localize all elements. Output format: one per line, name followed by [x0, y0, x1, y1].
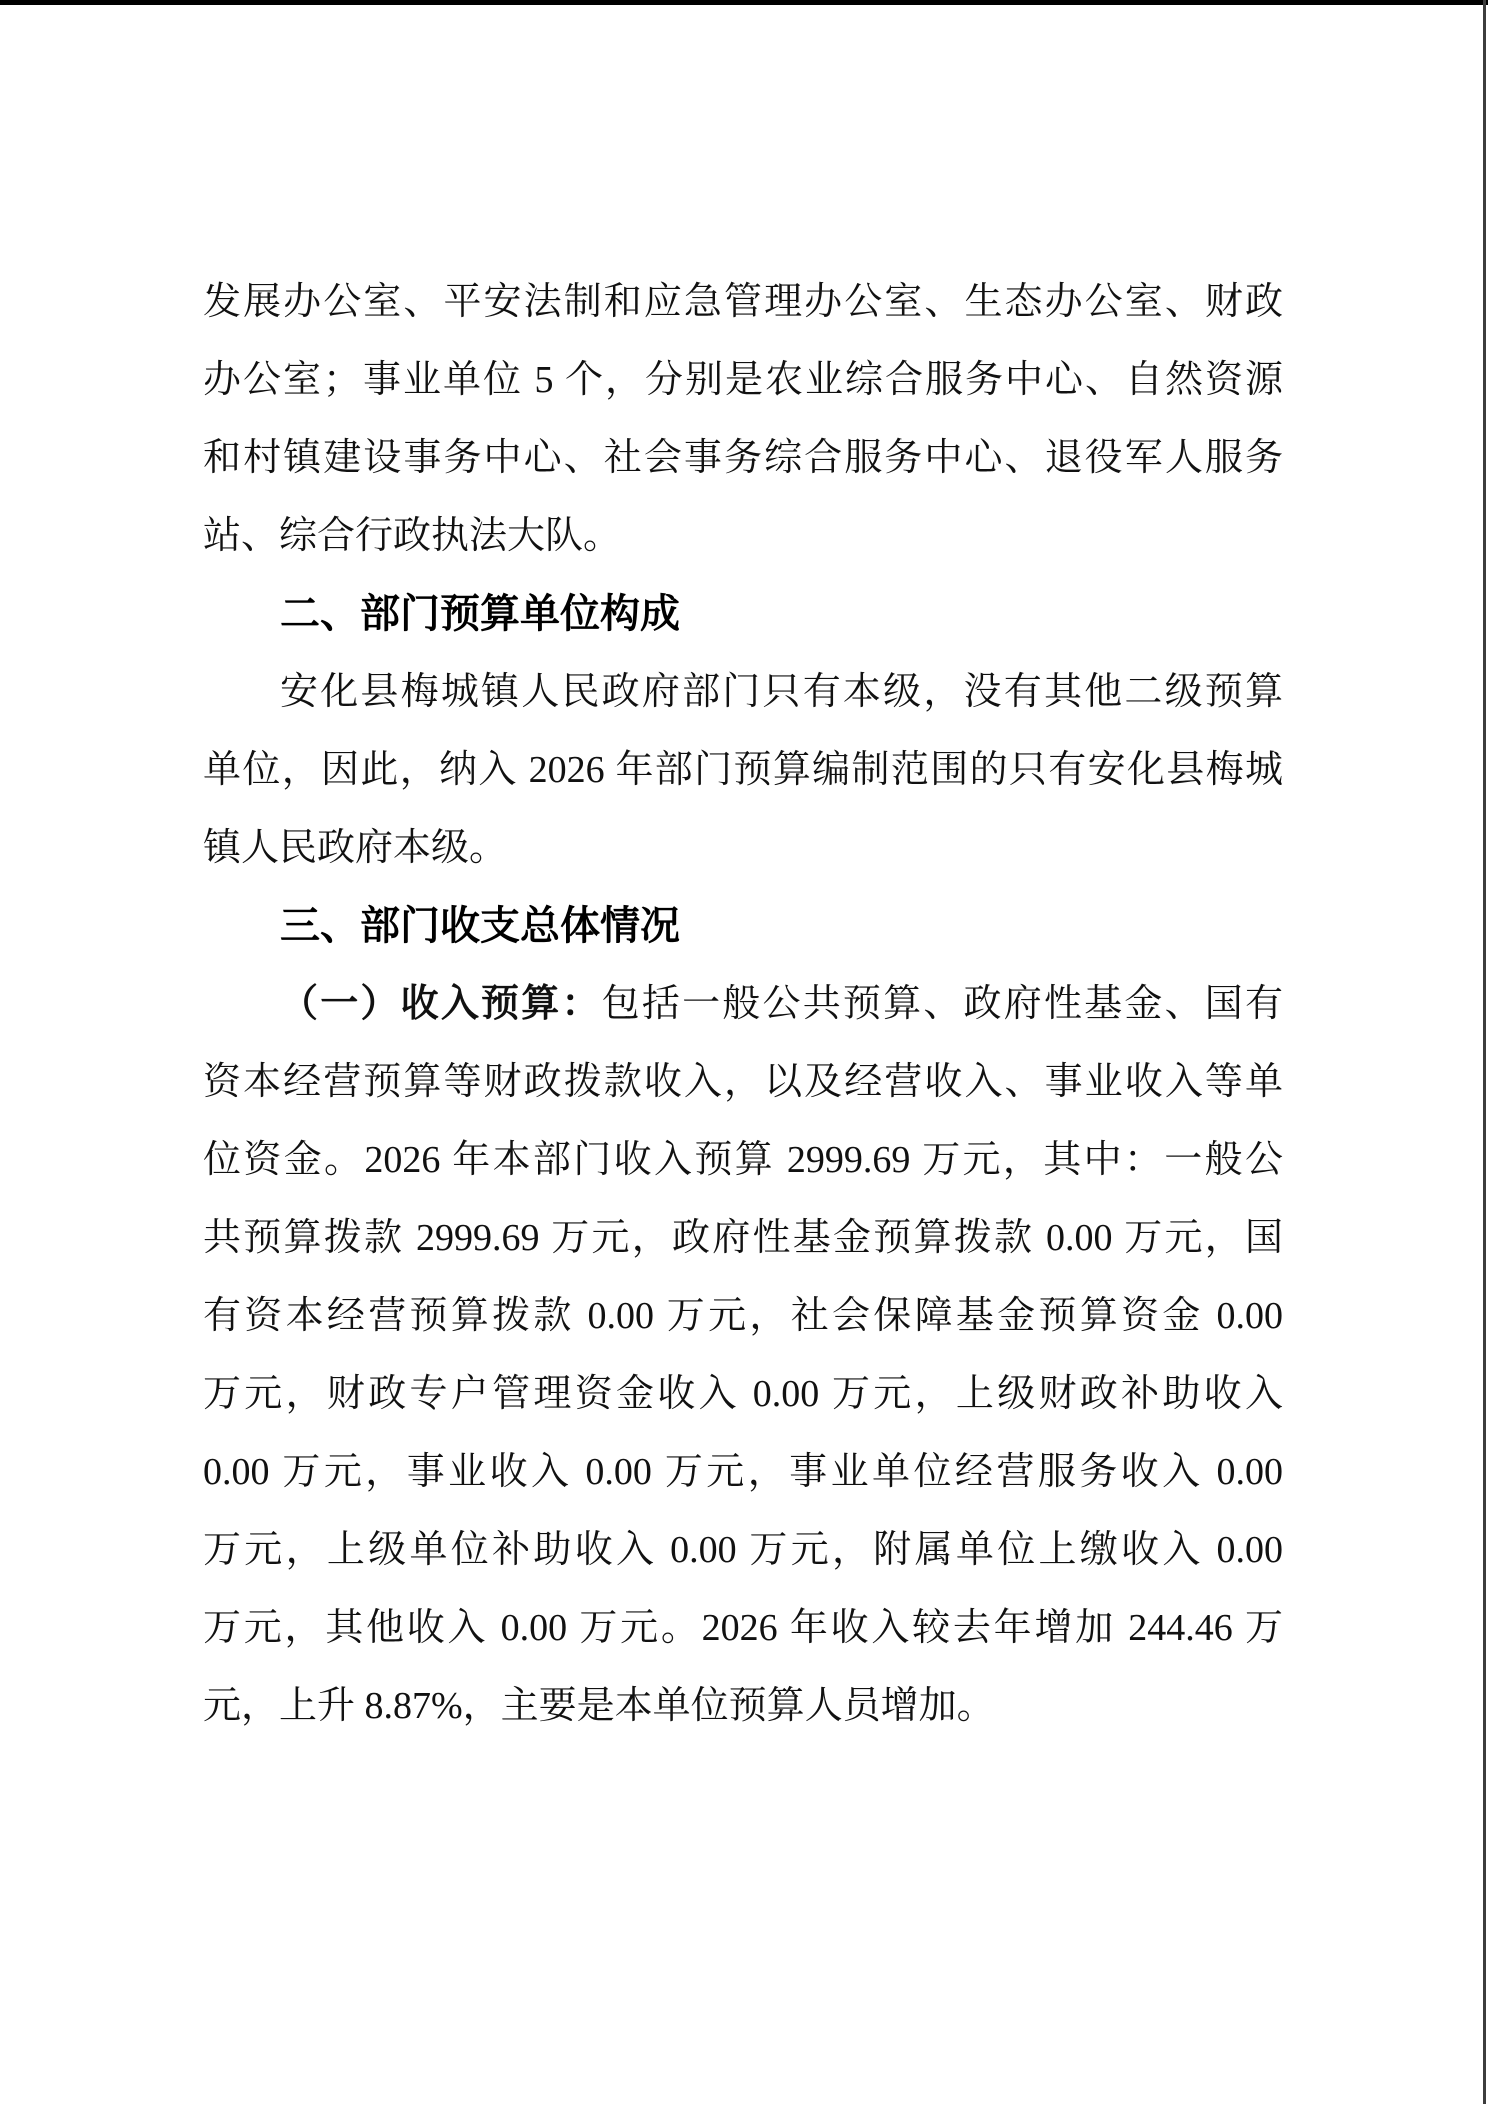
text-run: 镇人民政府本级。: [203, 827, 507, 869]
income-budget-paragraph-line-9: 万元，其他收入 0.00 万元。2026 年收入较去年增加 244.46 万: [203, 1589, 1283, 1667]
bold-run: （一）收入预算：: [280, 983, 602, 1025]
text-run: 安化县梅城镇人民政府部门只有本级，没有其他二级预算: [280, 671, 1283, 713]
heading-section-three: 三、部门收支总体情况: [203, 887, 1283, 965]
text-run: 单位，因此，纳入 2026 年部门预算编制范围的只有安化县梅城: [203, 749, 1283, 791]
income-budget-paragraph-line-3: 位资金。2026 年本部门收入预算 2999.69 万元，其中：一般公: [203, 1121, 1283, 1199]
heading-section-two: 二、部门预算单位构成: [203, 575, 1283, 653]
page-right-edge: [1483, 0, 1486, 2104]
budget-unit-composition-paragraph-line-3: 镇人民政府本级。: [203, 809, 1283, 887]
text-run: 万元，上级单位补助收入 0.00 万元，附属单位上缴收入 0.00: [203, 1529, 1283, 1571]
text-block: 发展办公室、平安法制和应急管理办公室、生态办公室、财政办公室；事业单位 5 个，…: [203, 263, 1283, 1745]
text-run: 位资金。2026 年本部门收入预算 2999.69 万元，其中：一般公: [203, 1139, 1283, 1181]
income-budget-paragraph-line-6: 万元，财政专户管理资金收入 0.00 万元，上级财政补助收入: [203, 1355, 1283, 1433]
text-run: 元，上升 8.87%，主要是本单位预算人员增加。: [203, 1685, 995, 1727]
text-run: 万元，财政专户管理资金收入 0.00 万元，上级财政补助收入: [203, 1373, 1283, 1415]
page-top-edge: [0, 0, 1488, 5]
text-run: 办公室；事业单位 5 个，分别是农业综合服务中心、自然资源: [203, 359, 1283, 401]
income-budget-paragraph-line-10: 元，上升 8.87%，主要是本单位预算人员增加。: [203, 1667, 1283, 1745]
intro-continuation-paragraph-line-2: 办公室；事业单位 5 个，分别是农业综合服务中心、自然资源: [203, 341, 1283, 419]
intro-continuation-paragraph-line-4: 站、综合行政执法大队。: [203, 497, 1283, 575]
text-run: 共预算拨款 2999.69 万元，政府性基金预算拨款 0.00 万元，国: [203, 1217, 1283, 1259]
income-budget-paragraph-line-5: 有资本经营预算拨款 0.00 万元，社会保障基金预算资金 0.00: [203, 1277, 1283, 1355]
income-budget-paragraph-line-8: 万元，上级单位补助收入 0.00 万元，附属单位上缴收入 0.00: [203, 1511, 1283, 1589]
intro-continuation-paragraph-line-3: 和村镇建设事务中心、社会事务综合服务中心、退役军人服务: [203, 419, 1283, 497]
text-run: 和村镇建设事务中心、社会事务综合服务中心、退役军人服务: [203, 437, 1283, 479]
text-run: 资本经营预算等财政拨款收入，以及经营收入、事业收入等单: [203, 1061, 1283, 1103]
text-run: 包括一般公共预算、政府性基金、国有: [602, 983, 1283, 1025]
intro-continuation-paragraph-line-1: 发展办公室、平安法制和应急管理办公室、生态办公室、财政: [203, 263, 1283, 341]
text-run: 发展办公室、平安法制和应急管理办公室、生态办公室、财政: [203, 281, 1283, 323]
text-run: 万元，其他收入 0.00 万元。2026 年收入较去年增加 244.46 万: [203, 1607, 1283, 1649]
income-budget-paragraph-line-7: 0.00 万元，事业收入 0.00 万元，事业单位经营服务收入 0.00: [203, 1433, 1283, 1511]
document-page: 发展办公室、平安法制和应急管理办公室、生态办公室、财政办公室；事业单位 5 个，…: [0, 0, 1488, 2104]
income-budget-paragraph-line-1: （一）收入预算：包括一般公共预算、政府性基金、国有: [203, 965, 1283, 1043]
text-run: 0.00 万元，事业收入 0.00 万元，事业单位经营服务收入 0.00: [203, 1451, 1283, 1493]
income-budget-paragraph-line-4: 共预算拨款 2999.69 万元，政府性基金预算拨款 0.00 万元，国: [203, 1199, 1283, 1277]
text-run: 有资本经营预算拨款 0.00 万元，社会保障基金预算资金 0.00: [203, 1295, 1283, 1337]
text-run: 站、综合行政执法大队。: [203, 515, 621, 557]
budget-unit-composition-paragraph-line-1: 安化县梅城镇人民政府部门只有本级，没有其他二级预算: [203, 653, 1283, 731]
budget-unit-composition-paragraph-line-2: 单位，因此，纳入 2026 年部门预算编制范围的只有安化县梅城: [203, 731, 1283, 809]
income-budget-paragraph-line-2: 资本经营预算等财政拨款收入，以及经营收入、事业收入等单: [203, 1043, 1283, 1121]
